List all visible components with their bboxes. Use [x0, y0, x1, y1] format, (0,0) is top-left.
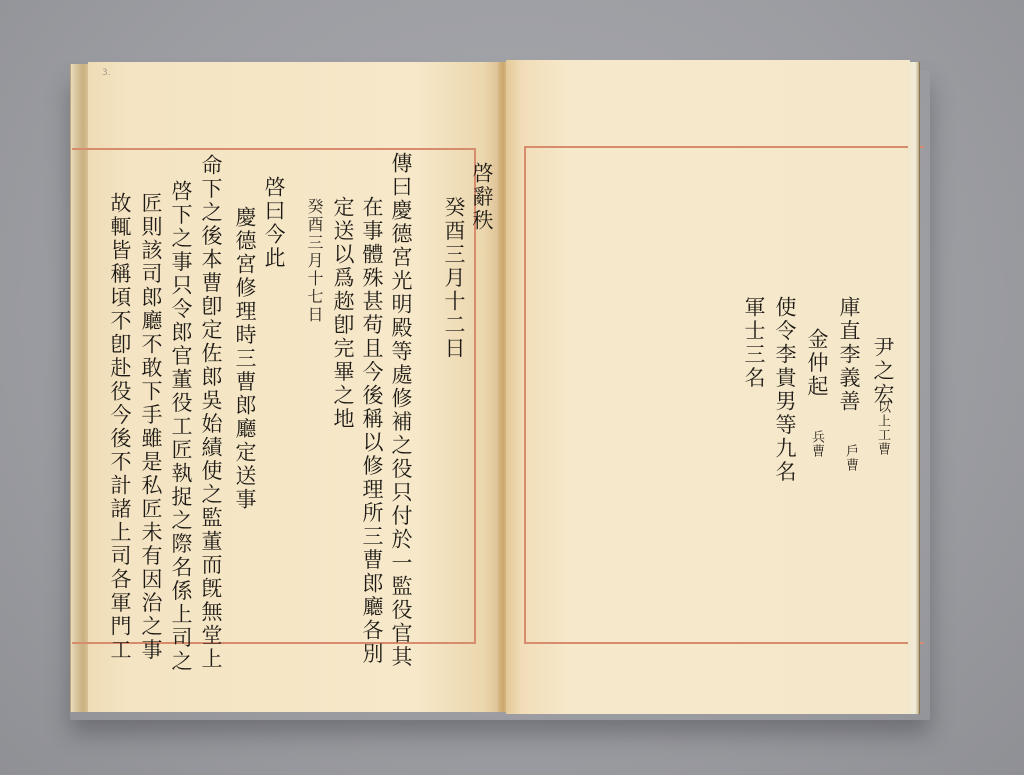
- book-page-edges-right: [908, 62, 920, 714]
- page-number-mark: 3.: [102, 68, 111, 78]
- text-column: 啓曰今此: [263, 176, 284, 270]
- text-column: 匠則該司郎廳不敢下手雖是私匠未有因治之事: [140, 192, 161, 662]
- text-column: 傳曰慶德宮光明殿等處修補之役只付於一監役官其: [390, 152, 411, 669]
- text-column: 定送以爲趂卽完畢之地: [332, 196, 353, 431]
- text-column-name: 使令李貴男等九名: [774, 296, 795, 484]
- text-column-annotation: 戶曹: [844, 444, 857, 472]
- text-column-title: 啓辭秩: [471, 162, 492, 233]
- right-page-ruled-frame: [524, 146, 924, 644]
- text-column: 在事體殊甚苟且今後稱以修理所三曹郎廳各別: [361, 196, 382, 666]
- text-column: 故輒皆稱頃不卽赴役今後不計諸上司各軍門工: [109, 192, 130, 662]
- text-column: 命下之後本曹卽定佐郎吳始績使之監董而旣無堂上: [200, 154, 221, 671]
- text-column-date-1: 癸酉三月十二日: [443, 196, 464, 361]
- left-page: 3. 啓辭秩 癸酉三月十二日 傳曰慶德宮光明殿等處修補之役只付於一監役官其 在事…: [88, 62, 500, 712]
- text-column: 慶德宮修理時三曹郎廳定送事: [234, 206, 255, 512]
- text-column-name: 庫直李義善: [838, 296, 859, 414]
- text-column-annotation: 以上工曹: [876, 400, 889, 456]
- text-column-name: 軍士三名: [743, 296, 764, 390]
- text-column: 啓下之事只令郎官董役工匠執捉之際名係上司之: [170, 180, 191, 674]
- right-page: 尹之宏 以上工曹 庫直李義善 戶曹 金仲起 兵曹 使令李貴男等九名 軍士三名: [506, 60, 910, 714]
- text-column-name: 尹之宏: [872, 336, 893, 407]
- text-column-name: 金仲起: [806, 328, 827, 399]
- text-column-date-2: 癸酉三月十七日: [306, 198, 322, 324]
- text-column-annotation: 兵曹: [810, 430, 823, 458]
